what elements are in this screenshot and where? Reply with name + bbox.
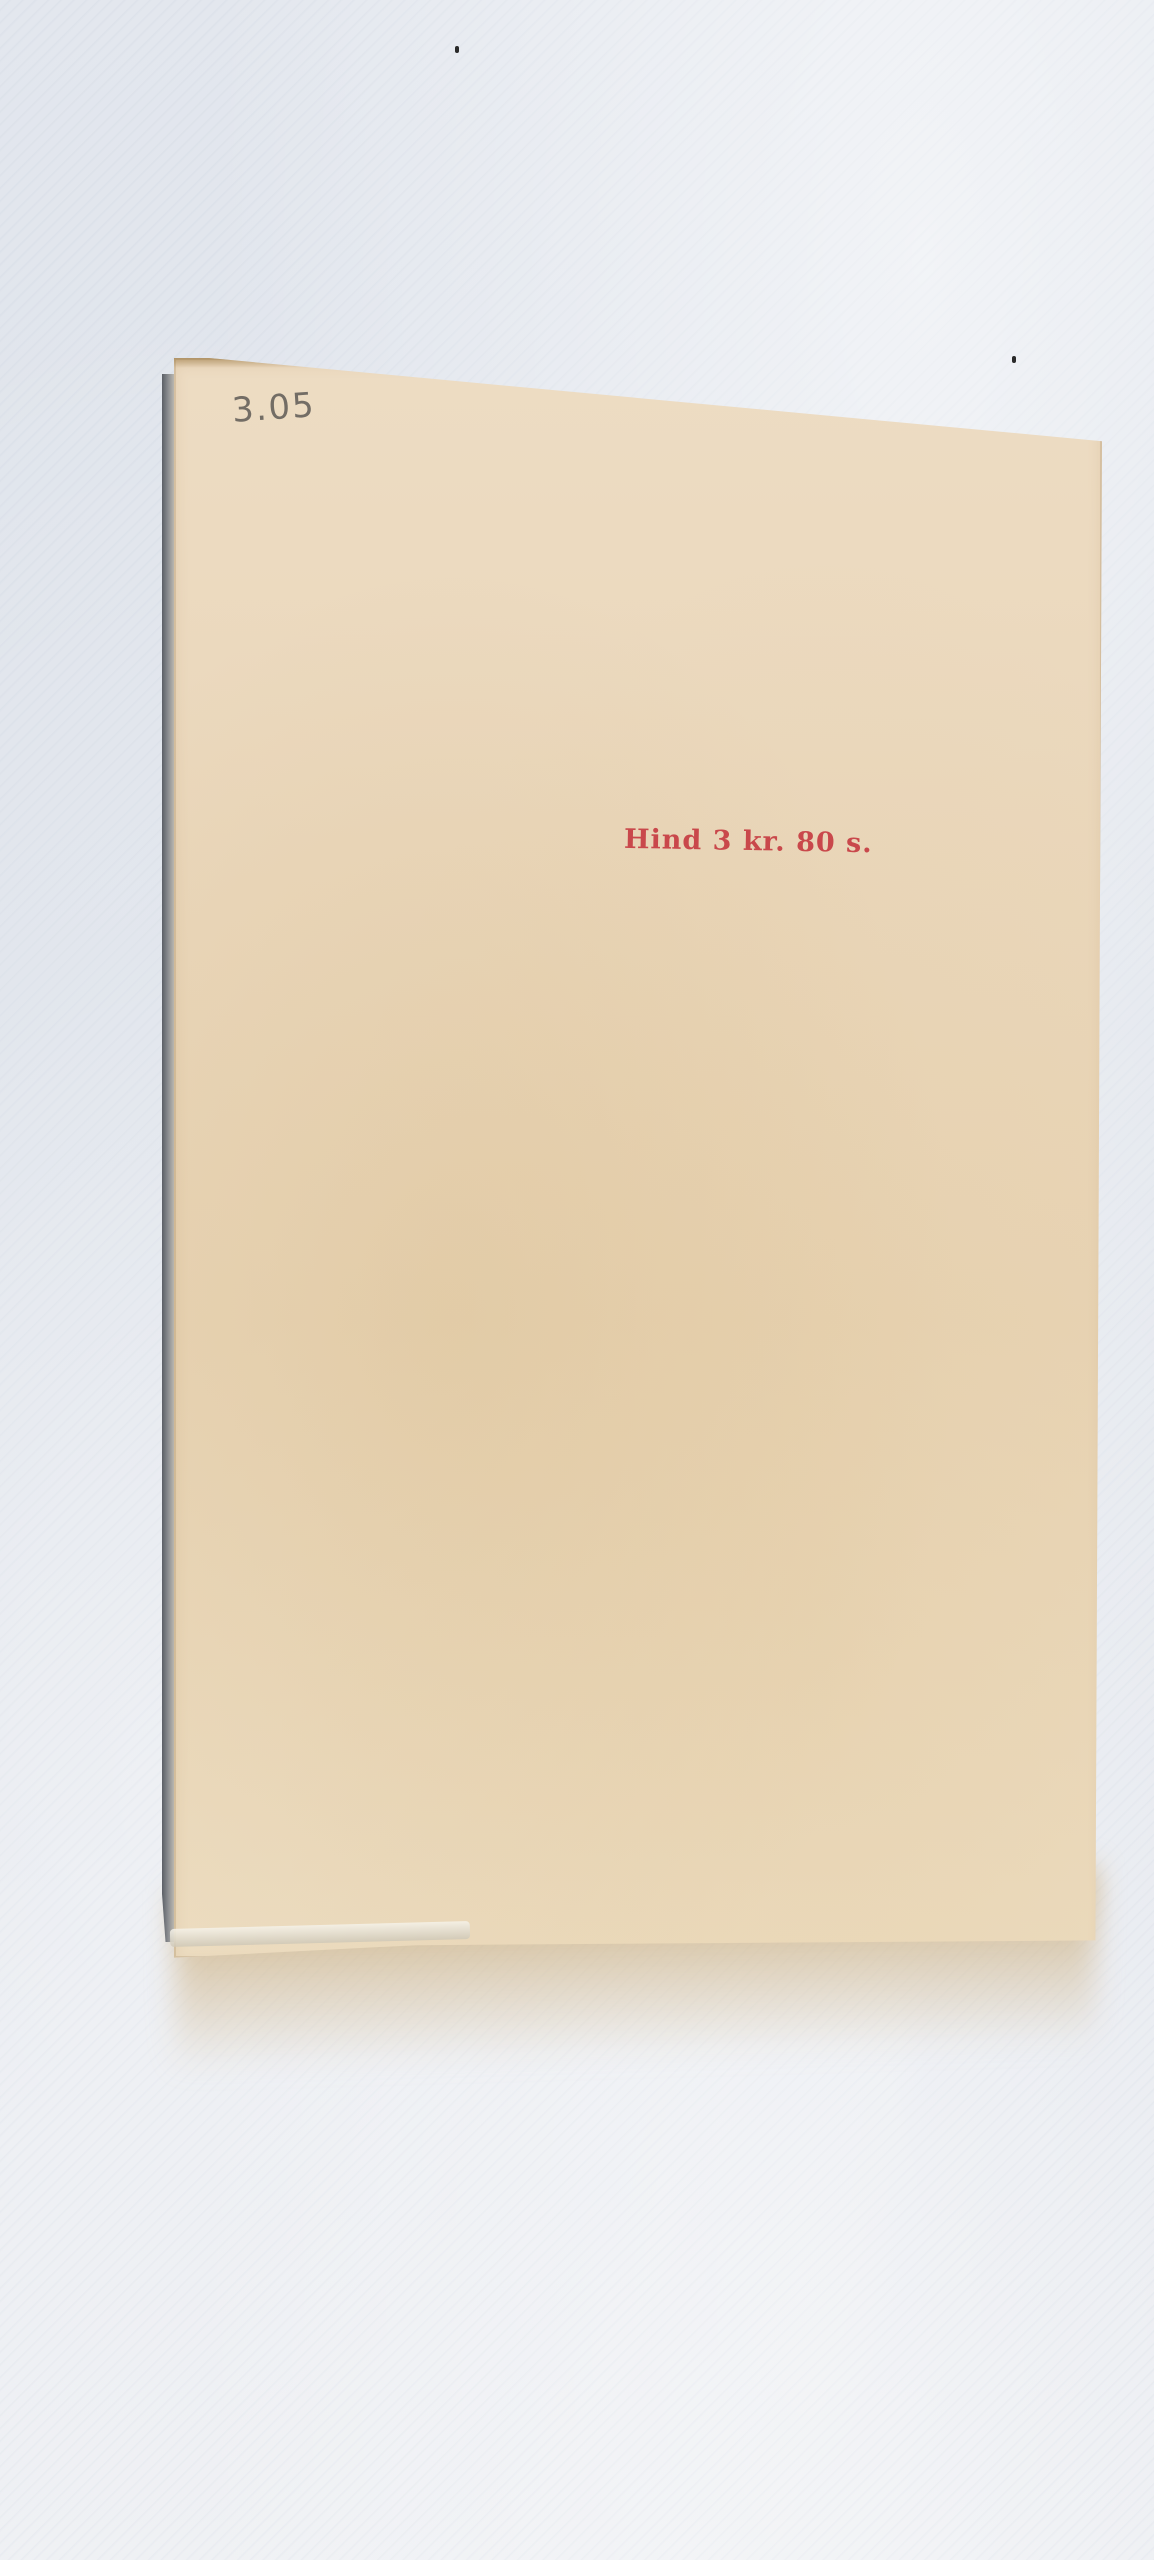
background-speck [1012,356,1016,363]
background-speck [455,46,459,53]
printed-price-label: Hind 3 kr. 80 s. [624,824,873,859]
book: 3.05 Hind 3 kr. 80 s. [162,358,1102,1958]
book-back-cover: 3.05 Hind 3 kr. 80 s. [174,358,1102,1958]
handwritten-pencil-note: 3.05 [231,385,317,431]
